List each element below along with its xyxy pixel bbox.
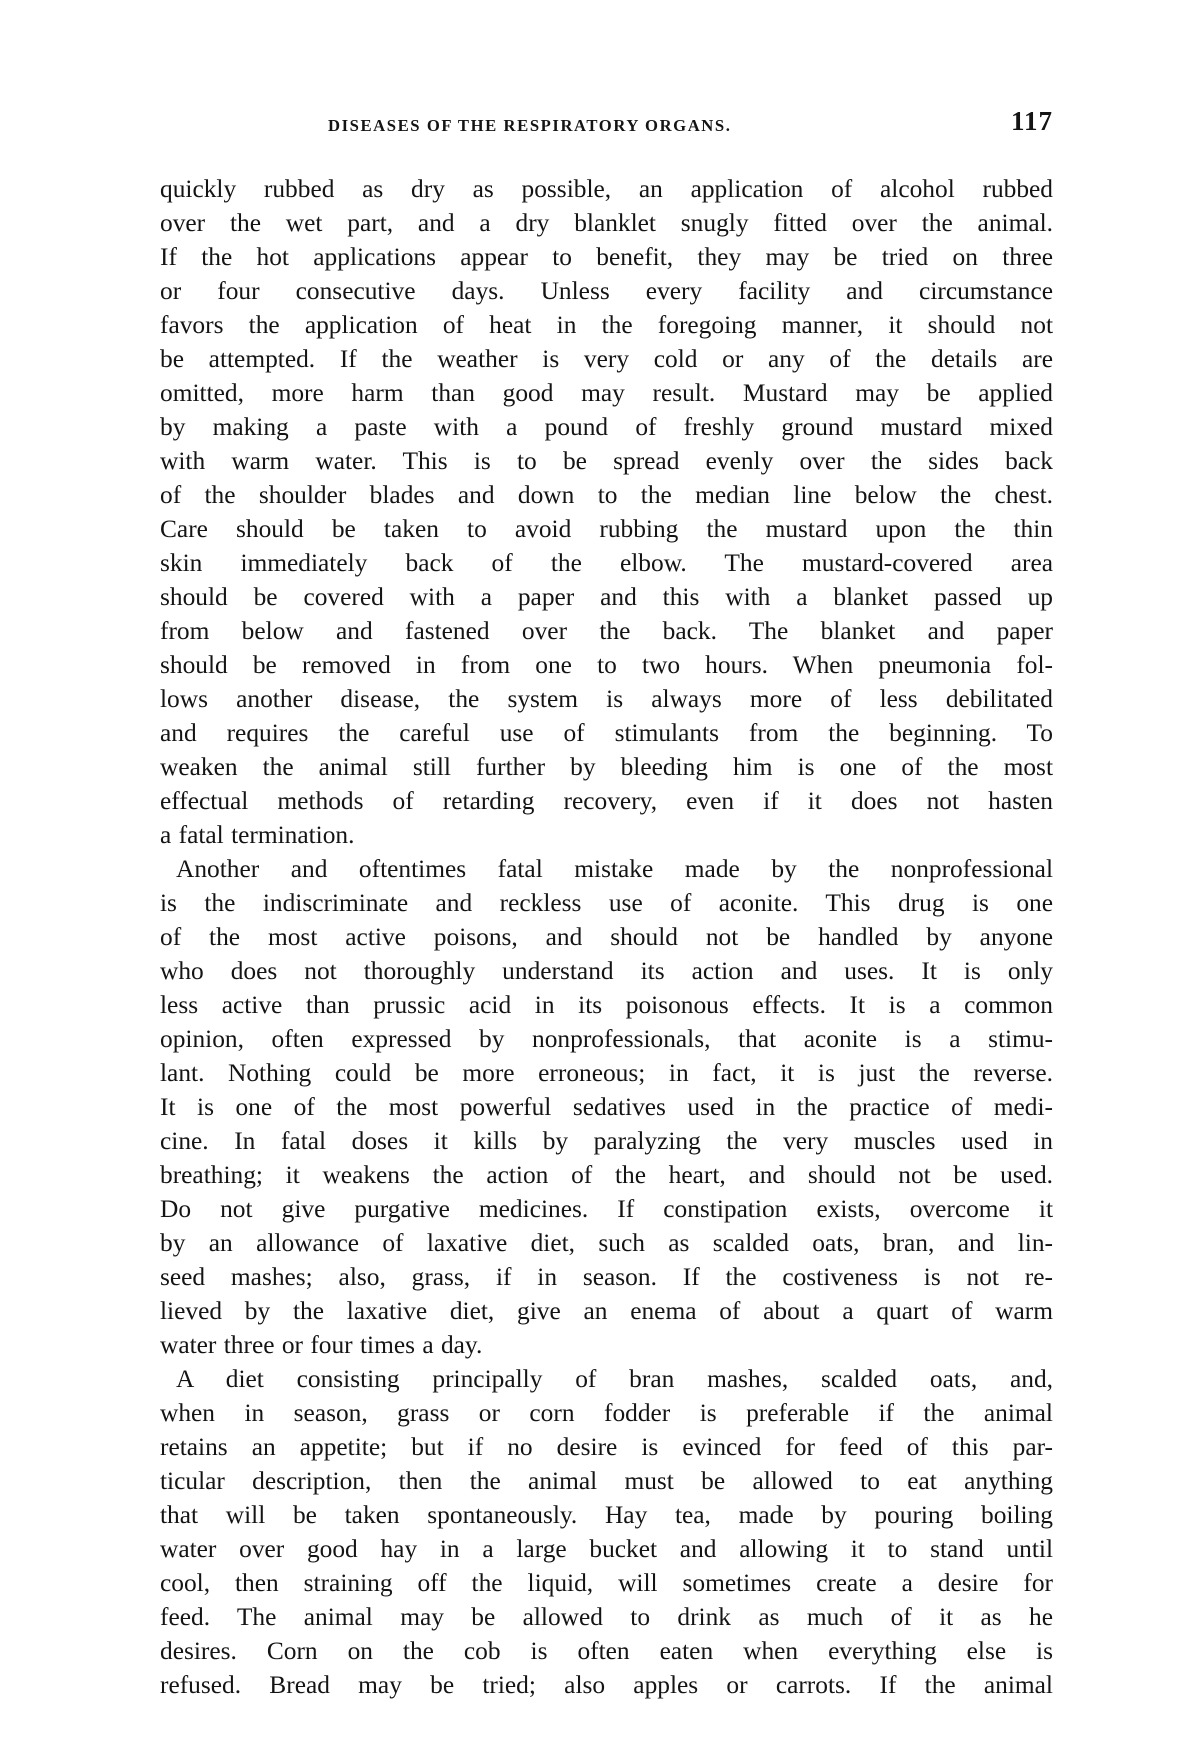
text-line: of the shoulder blades and down to the m… [160, 478, 1053, 512]
text-line: feed. The animal may be allowed to drink… [160, 1600, 1053, 1634]
text-line: from below and fastened over the back. T… [160, 614, 1053, 648]
running-title: DISEASES OF THE RESPIRATORY ORGANS. [328, 116, 731, 136]
text-line: desires. Corn on the cob is often eaten … [160, 1634, 1053, 1668]
text-line: or four consecutive days. Unless every f… [160, 274, 1053, 308]
text-line: Another and oftentimes fatal mistake mad… [160, 852, 1053, 886]
text-line: favors the application of heat in the fo… [160, 308, 1053, 342]
text-line: quickly rubbed as dry as possible, an ap… [160, 172, 1053, 206]
text-line: should be removed in from one to two hou… [160, 648, 1053, 682]
text-line: cine. In fatal doses it kills by paralyz… [160, 1124, 1053, 1158]
text-line: less active than prussic acid in its poi… [160, 988, 1053, 1022]
text-line: who does not thoroughly understand its a… [160, 954, 1053, 988]
text-line: be attempted. If the weather is very col… [160, 342, 1053, 376]
text-line: by making a paste with a pound of freshl… [160, 410, 1053, 444]
text-line: skin immediately back of the elbow. The … [160, 546, 1053, 580]
text-line: and requires the careful use of stimulan… [160, 716, 1053, 750]
book-page: DISEASES OF THE RESPIRATORY ORGANS. 117 … [0, 0, 1200, 1740]
page-number: 117 [1011, 106, 1053, 137]
text-line: lows another disease, the system is alwa… [160, 682, 1053, 716]
text-line: should be covered with a paper and this … [160, 580, 1053, 614]
text-line: is the indiscriminate and reckless use o… [160, 886, 1053, 920]
text-line: by an allowance of laxative diet, such a… [160, 1226, 1053, 1260]
text-line: seed mashes; also, grass, if in season. … [160, 1260, 1053, 1294]
text-line: retains an appetite; but if no desire is… [160, 1430, 1053, 1464]
text-line: a fatal termination. [160, 818, 1053, 852]
running-head: DISEASES OF THE RESPIRATORY ORGANS. 117 [160, 106, 1053, 142]
text-line: that will be taken spontaneously. Hay te… [160, 1498, 1053, 1532]
text-line: effectual methods of retarding recovery,… [160, 784, 1053, 818]
text-line: lieved by the laxative diet, give an ene… [160, 1294, 1053, 1328]
text-line: cool, then straining off the liquid, wil… [160, 1566, 1053, 1600]
text-line: Do not give purgative medicines. If cons… [160, 1192, 1053, 1226]
text-line: breathing; it weakens the action of the … [160, 1158, 1053, 1192]
text-line: with warm water. This is to be spread ev… [160, 444, 1053, 478]
paragraph: A diet consisting principally of bran ma… [160, 1362, 1053, 1702]
text-line: If the hot applications appear to benefi… [160, 240, 1053, 274]
paragraph: quickly rubbed as dry as possible, an ap… [160, 172, 1053, 852]
text-line: A diet consisting principally of bran ma… [160, 1362, 1053, 1396]
text-line: omitted, more harm than good may result.… [160, 376, 1053, 410]
text-line: when in season, grass or corn fodder is … [160, 1396, 1053, 1430]
text-line: over the wet part, and a dry blanklet sn… [160, 206, 1053, 240]
text-line: Care should be taken to avoid rubbing th… [160, 512, 1053, 546]
text-line: opinion, often expressed by nonprofessio… [160, 1022, 1053, 1056]
text-line: ticular description, then the animal mus… [160, 1464, 1053, 1498]
text-line: water three or four times a day. [160, 1328, 1053, 1362]
text-line: of the most active poisons, and should n… [160, 920, 1053, 954]
text-line: It is one of the most powerful sedatives… [160, 1090, 1053, 1124]
body-text: quickly rubbed as dry as possible, an ap… [160, 172, 1053, 1702]
text-line: water over good hay in a large bucket an… [160, 1532, 1053, 1566]
text-line: lant. Nothing could be more erroneous; i… [160, 1056, 1053, 1090]
paragraph: Another and oftentimes fatal mistake mad… [160, 852, 1053, 1362]
text-line: weaken the animal still further by bleed… [160, 750, 1053, 784]
text-line: refused. Bread may be tried; also apples… [160, 1668, 1053, 1702]
